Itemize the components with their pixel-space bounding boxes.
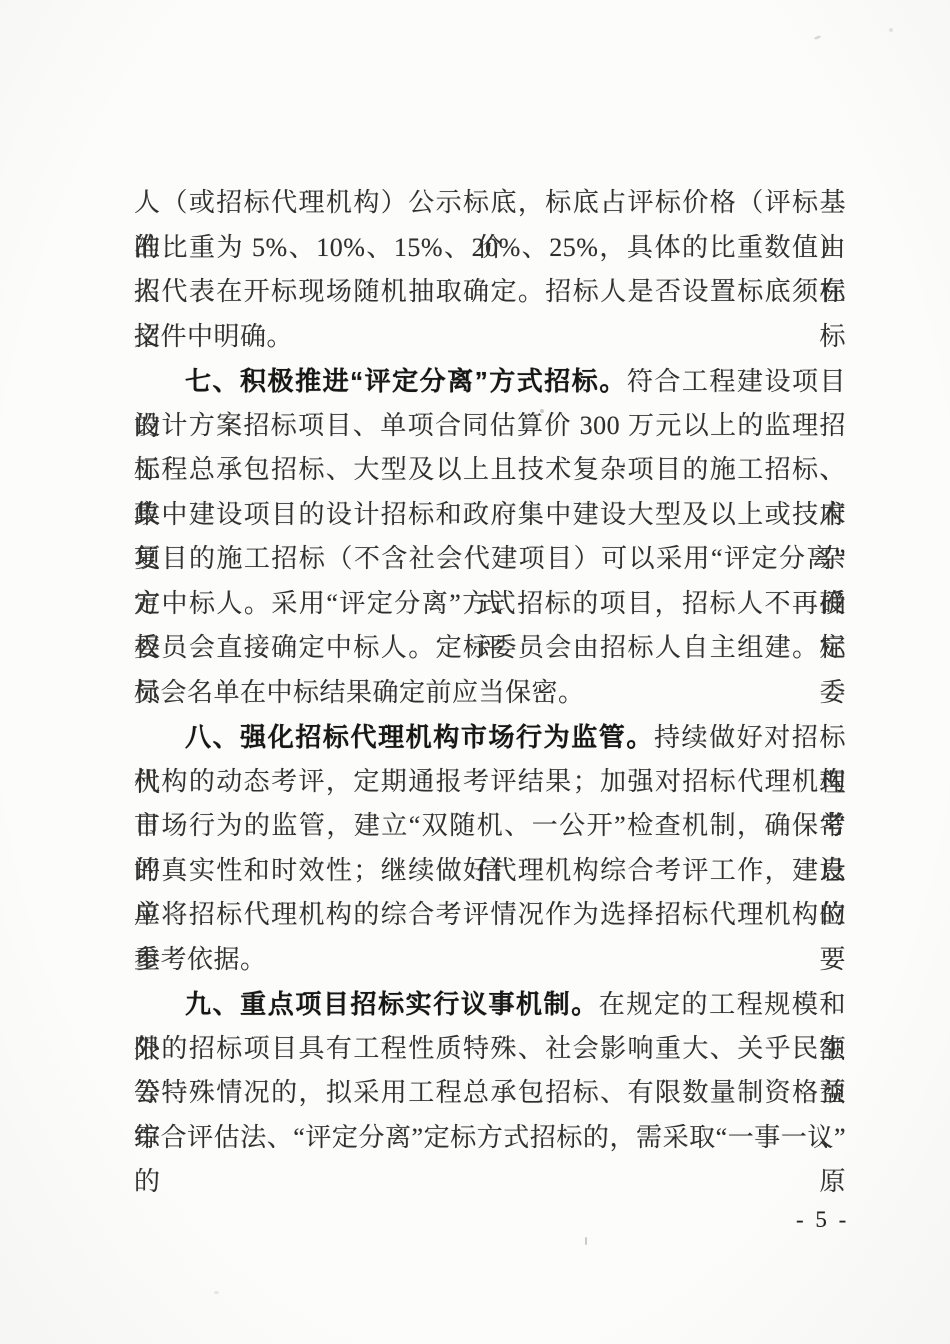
text-line: 九、重点项目招标实行议事机制。在规定的工程规模和限额 <box>134 982 846 1027</box>
text-line: 外的招标项目具有工程性质特殊、社会影响重大、关乎民生公益 <box>134 1027 846 1072</box>
body-text: 综合评估法、“评定分离”定标方式招标的，需采取“一事一议”的原 <box>134 1123 846 1197</box>
text-line: 定中标人。采用“评定分离”方式招标的项目，招标人不再授权评标 <box>134 582 846 627</box>
text-line: 委员会直接确定中标人。定标委员会由招标人自主组建。定标委 <box>134 626 846 671</box>
document-page: 人（或招标代理机构）公示标底，标底占评标价格（评标基准价）的比重为 5%、10%… <box>0 0 950 1344</box>
paragraph: 八、强化招标代理机构市场行为监管。持续做好对招标代理机构的动态考评，定期通报考评… <box>134 715 846 982</box>
text-line: 七、积极推进“评定分离”方式招标。符合工程建设项目的 <box>134 359 846 404</box>
text-line: 应将招标代理机构的综合考评情况作为选择招标代理机构的重要 <box>134 893 846 938</box>
text-line: 的比重为 5%、10%、15%、20%、25%，具体的比重数值由招标 <box>134 226 846 271</box>
scan-speck <box>585 1237 587 1245</box>
document-body: 人（或招标代理机构）公示标底，标底占评标价格（评标基准价）的比重为 5%、10%… <box>134 181 846 1160</box>
section-heading: 八、强化招标代理机构市场行为监管。 <box>185 722 654 752</box>
text-line: 等特殊情况的，拟采用工程总承包招标、有限数量制资格预审、 <box>134 1071 846 1116</box>
text-line: 机构的动态考评，定期通报考评结果；加强对招标代理机构日常 <box>134 760 846 805</box>
text-line: 人代表在开标现场随机抽取确定。招标人是否设置标底须在招标 <box>134 270 846 315</box>
text-line: 设计方案招标项目、单项合同估算价 300 万元以上的监理招标、 <box>134 404 846 449</box>
text-line: 人（或招标代理机构）公示标底，标底占评标价格（评标基准价） <box>134 181 846 226</box>
text-line: 八、强化招标代理机构市场行为监管。持续做好对招标代理 <box>134 715 846 760</box>
scan-speck <box>889 28 893 32</box>
text-line: 市场行为的监管，建立“双随机、一公开”检查机制，确保考评信息 <box>134 804 846 849</box>
text-line: 集中建设项目的设计招标和政府集中建设大型及以上或技术复杂 <box>134 493 846 538</box>
paragraph: 七、积极推进“评定分离”方式招标。符合工程建设项目的设计方案招标项目、单项合同估… <box>134 359 846 715</box>
scan-speck <box>814 35 822 40</box>
section-heading: 七、积极推进“评定分离”方式招标。 <box>185 366 627 396</box>
text-line: 工程总承包招标、大型及以上且技术复杂项目的施工招标、政府 <box>134 448 846 493</box>
paragraph: 人（或招标代理机构）公示标底，标底占评标价格（评标基准价）的比重为 5%、10%… <box>134 181 846 359</box>
text-line: 的真实性和时效性；继续做好代理机构综合考评工作，建设单位 <box>134 849 846 894</box>
body-text: 员会名单在中标结果确定前应当保密。 <box>134 678 585 707</box>
page-number: - 5 - <box>796 1207 849 1233</box>
scan-speck <box>214 1291 219 1294</box>
section-heading: 九、重点项目招标实行议事机制。 <box>185 989 599 1019</box>
text-line: 综合评估法、“评定分离”定标方式招标的，需采取“一事一议”的原 <box>134 1116 846 1161</box>
paragraph: 九、重点项目招标实行议事机制。在规定的工程规模和限额外的招标项目具有工程性质特殊… <box>134 982 846 1160</box>
text-line: 项目的施工招标（不含社会代建项目）可以采用“评定分离”方式确 <box>134 537 846 582</box>
body-text: 参考依据。 <box>134 945 267 974</box>
body-text: 文件中明确。 <box>134 322 293 351</box>
